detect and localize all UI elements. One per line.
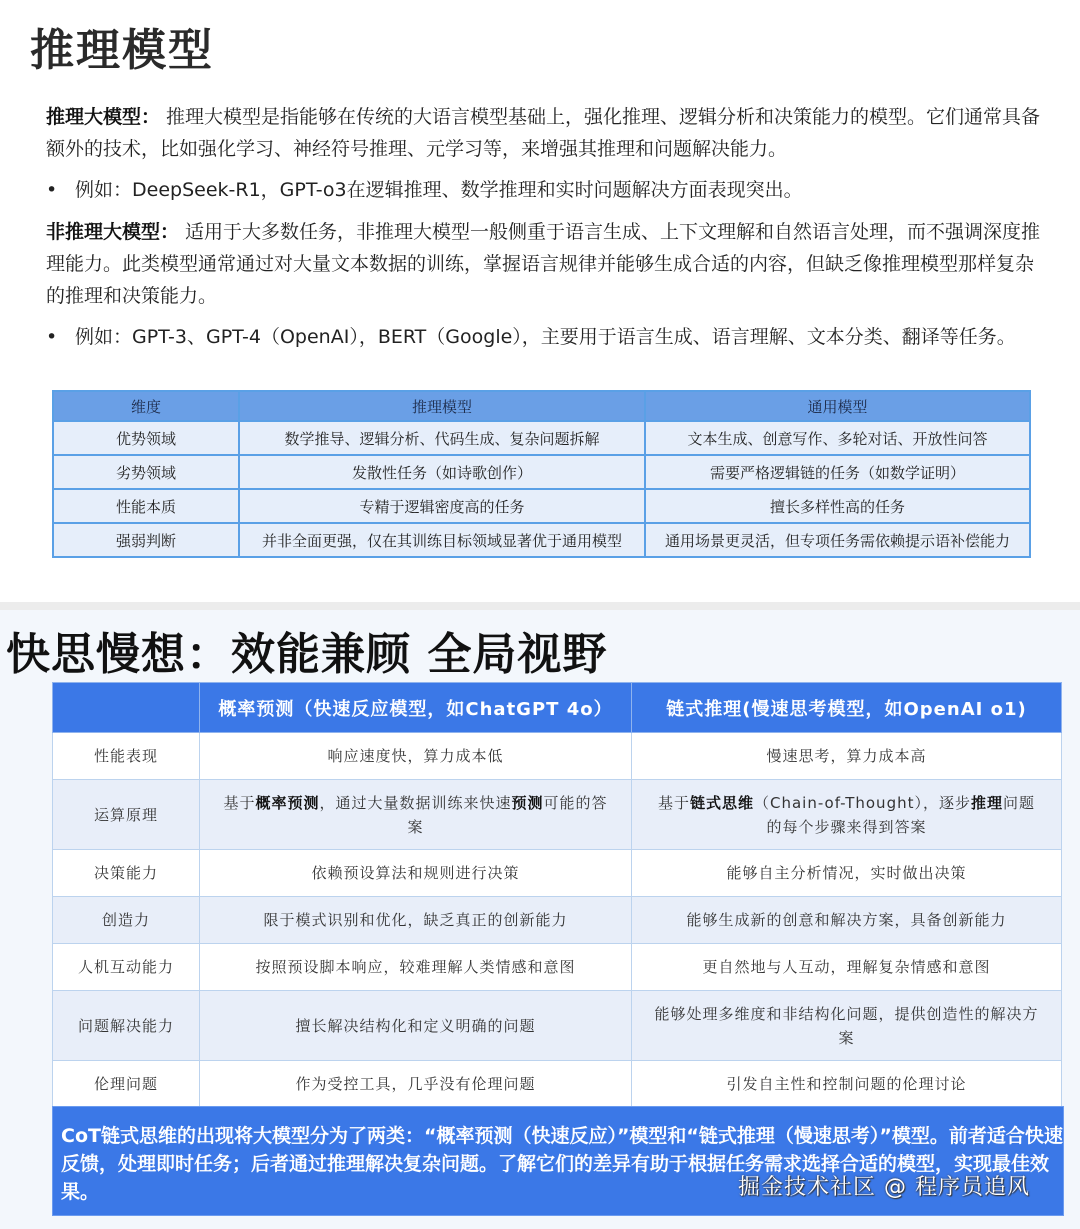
reasoning-model-text: 推理大模型是指能够在传统的大语言模型基础上，强化推理、逻辑分析和决策能力的模型。…	[46, 106, 1040, 160]
section-divider	[0, 602, 1080, 610]
reasoning-model-paragraph: 推理大模型： 推理大模型是指能够在传统的大语言模型基础上，强化推理、逻辑分析和决…	[46, 101, 1041, 165]
nonreasoning-model-label: 非推理大模型：	[46, 221, 179, 243]
cell-reasoning: 数学推导、逻辑分析、代码生成、复杂问题拆解	[239, 421, 645, 455]
cell-dimension: 决策能力	[53, 850, 200, 897]
bold-span: 预测	[512, 794, 544, 812]
cell-fast: 作为受控工具，几乎没有伦理问题	[200, 1061, 632, 1108]
section-title: 推理模型	[30, 14, 214, 78]
cell-dimension: 创造力	[53, 897, 200, 944]
table-row: 性能表现 响应速度快，算力成本低 慢速思考，算力成本高	[53, 733, 1062, 780]
table-row: 运算原理 基于概率预测，通过大量数据训练来快速预测可能的答案 基于链式思维（Ch…	[53, 780, 1062, 850]
header-empty	[53, 683, 200, 733]
table-row: 伦理问题 作为受控工具，几乎没有伦理问题 引发自主性和控制问题的伦理讨论	[53, 1061, 1062, 1108]
header-dimension: 维度	[53, 391, 239, 421]
table-row: 优势领域 数学推导、逻辑分析、代码生成、复杂问题拆解 文本生成、创意写作、多轮对…	[53, 421, 1030, 455]
cell-general: 通用场景更灵活，但专项任务需依赖提示语补偿能力	[645, 523, 1030, 557]
cell-fast: 限于模式识别和优化，缺乏真正的创新能力	[200, 897, 632, 944]
cell-dimension: 性能表现	[53, 733, 200, 780]
header-reasoning-model: 推理模型	[239, 391, 645, 421]
table-row: 决策能力 依赖预设算法和规则进行决策 能够自主分析情况，实时做出决策	[53, 850, 1062, 897]
nonreasoning-example-text: 例如：GPT-3、GPT-4（OpenAI），BERT（Google），主要用于…	[46, 322, 1041, 353]
header-general-model: 通用模型	[645, 391, 1030, 421]
table-row: 劣势领域 发散性任务（如诗歌创作） 需要严格逻辑链的任务（如数学证明）	[53, 455, 1030, 489]
cell-reasoning: 专精于逻辑密度高的任务	[239, 489, 645, 523]
reasoning-example-item: • 例如：DeepSeek-R1，GPT-o3在逻辑推理、数学推理和实时问题解决…	[46, 175, 1041, 206]
cell-dimension: 问题解决能力	[53, 991, 200, 1061]
table-header-row: 概率预测（快速反应模型，如ChatGPT 4o） 链式推理(慢速思考模型，如Op…	[53, 683, 1062, 733]
bullet-icon: •	[46, 322, 57, 353]
reasoning-model-label: 推理大模型：	[46, 106, 160, 128]
cell-general: 擅长多样性高的任务	[645, 489, 1030, 523]
cell-reasoning: 并非全面更强，仅在其训练目标领域显著优于通用模型	[239, 523, 645, 557]
header-chain-reasoning: 链式推理(慢速思考模型，如OpenAI o1)	[632, 683, 1062, 733]
reasoning-example-text: 例如：DeepSeek-R1，GPT-o3在逻辑推理、数学推理和实时问题解决方面…	[46, 175, 1041, 206]
cell-dimension: 劣势领域	[53, 455, 239, 489]
table-row: 性能本质 专精于逻辑密度高的任务 擅长多样性高的任务	[53, 489, 1030, 523]
cell-fast: 擅长解决结构化和定义明确的问题	[200, 991, 632, 1061]
nonreasoning-model-paragraph: 非推理大模型： 适用于大多数任务，非推理大模型一般侧重于语言生成、上下文理解和自…	[46, 216, 1041, 312]
cell-reasoning: 发散性任务（如诗歌创作）	[239, 455, 645, 489]
comparison-table-reasoning-vs-general: 维度 推理模型 通用模型 优势领域 数学推导、逻辑分析、代码生成、复杂问题拆解 …	[52, 390, 1031, 558]
table-row: 问题解决能力 擅长解决结构化和定义明确的问题 能够处理多维度和非结构化问题，提供…	[53, 991, 1062, 1061]
nonreasoning-model-text: 适用于大多数任务，非推理大模型一般侧重于语言生成、上下文理解和自然语言处理，而不…	[46, 221, 1040, 307]
text-span: ，通过大量数据训练来快速	[319, 794, 511, 812]
text-span: 基于	[223, 794, 255, 812]
cell-fast: 响应速度快，算力成本低	[200, 733, 632, 780]
cell-dimension: 性能本质	[53, 489, 239, 523]
table-header-row: 维度 推理模型 通用模型	[53, 391, 1030, 421]
text-span: 基于	[658, 794, 690, 812]
cell-dimension: 运算原理	[53, 780, 200, 850]
cell-fast: 按照预设脚本响应，较难理解人类情感和意图	[200, 944, 632, 991]
bold-span: 概率预测	[255, 794, 319, 812]
table-row: 创造力 限于模式识别和优化，缺乏真正的创新能力 能够生成新的创意和解决方案，具备…	[53, 897, 1062, 944]
cell-slow: 能够处理多维度和非结构化问题，提供创造性的解决方案	[632, 991, 1062, 1061]
table-row: 人机互动能力 按照预设脚本响应，较难理解人类情感和意图 更自然地与人互动，理解复…	[53, 944, 1062, 991]
section-title: 快思慢想：效能兼顾 全局视野	[6, 618, 607, 682]
cell-dimension: 优势领域	[53, 421, 239, 455]
cell-slow: 慢速思考，算力成本高	[632, 733, 1062, 780]
cell-dimension: 人机互动能力	[53, 944, 200, 991]
cell-slow: 能够生成新的创意和解决方案，具备创新能力	[632, 897, 1062, 944]
cell-slow: 更自然地与人互动，理解复杂情感和意图	[632, 944, 1062, 991]
cell-fast: 基于概率预测，通过大量数据训练来快速预测可能的答案	[200, 780, 632, 850]
bold-span: 链式思维	[690, 794, 754, 812]
reasoning-models-section: 推理模型 推理大模型： 推理大模型是指能够在传统的大语言模型基础上，强化推理、逻…	[0, 0, 1080, 602]
nonreasoning-example-item: • 例如：GPT-3、GPT-4（OpenAI），BERT（Google），主要…	[46, 322, 1041, 353]
header-probabilistic: 概率预测（快速反应模型，如ChatGPT 4o）	[200, 683, 632, 733]
cell-general: 文本生成、创意写作、多轮对话、开放性问答	[645, 421, 1030, 455]
text-span: （Chain-of-Thought），逐步	[754, 794, 971, 812]
cell-slow: 基于链式思维（Chain-of-Thought），逐步推理问题的每个步骤来得到答…	[632, 780, 1062, 850]
cell-fast: 依赖预设算法和规则进行决策	[200, 850, 632, 897]
comparison-table-fast-vs-slow: 概率预测（快速反应模型，如ChatGPT 4o） 链式推理(慢速思考模型，如Op…	[52, 682, 1062, 1108]
cell-dimension: 伦理问题	[53, 1061, 200, 1108]
watermark: 掘金技术社区 @ 程序员追风	[738, 1170, 1030, 1201]
table-row: 强弱判断 并非全面更强，仅在其训练目标领域显著优于通用模型 通用场景更灵活，但专…	[53, 523, 1030, 557]
bullet-icon: •	[46, 175, 57, 206]
cell-dimension: 强弱判断	[53, 523, 239, 557]
cell-slow: 引发自主性和控制问题的伦理讨论	[632, 1061, 1062, 1108]
cell-general: 需要严格逻辑链的任务（如数学证明）	[645, 455, 1030, 489]
bold-span: 推理	[971, 794, 1003, 812]
cell-slow: 能够自主分析情况，实时做出决策	[632, 850, 1062, 897]
